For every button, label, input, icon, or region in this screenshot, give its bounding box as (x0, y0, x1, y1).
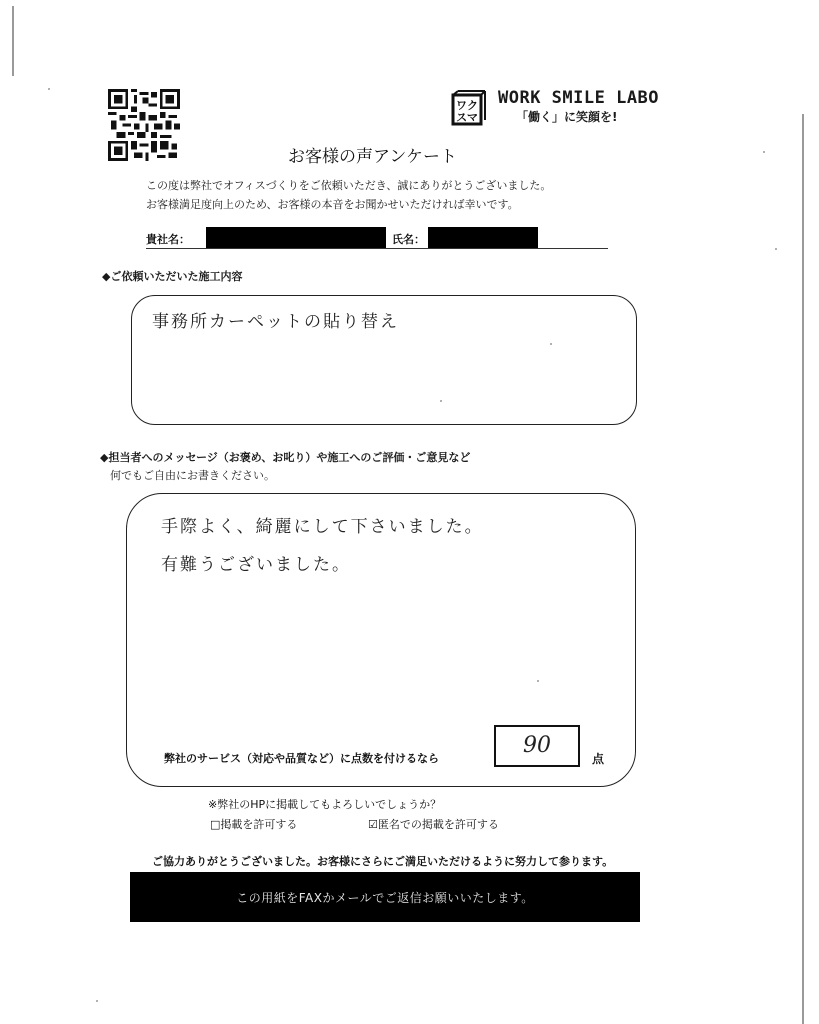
option-label: 匿名での掲載を許可する (378, 818, 499, 831)
closing-thanks: ご協力ありがとうございました。お客様にさらにご満足いただけるように努力して参りま… (152, 853, 613, 869)
message-answer-line-2: 有難うございました。 (161, 550, 351, 575)
scan-edge-right (802, 114, 804, 1024)
name-field-redacted[interactable] (428, 227, 538, 249)
score-unit: 点 (592, 750, 604, 767)
score-field[interactable]: 90 (494, 725, 580, 767)
message-label-line-1: ◆担当者へのメッセージ（お褒め、お叱り）や施工へのご評価・ご意見など (100, 449, 470, 465)
message-answer-line-1: 手際よく、綺麗にして下さいました。 (161, 512, 484, 537)
qr-code-icon (106, 89, 182, 161)
svg-text:スマ: スマ (456, 111, 478, 124)
intro-line-2: お客様満足度向上のため、お客様の本音をお聞かせいただければ幸いです。 (146, 196, 519, 212)
scan-speck (775, 248, 777, 250)
logo-title: WORK SMILE LABO (498, 88, 659, 108)
scan-speck (96, 1000, 98, 1002)
work-content-label: ◆ご依頼いただいた施工内容 (102, 268, 242, 284)
checkbox-checked-icon[interactable]: ☑ (368, 818, 378, 831)
publication-question: ※弊社のHPに掲載してもよろしいでしょうか？ (208, 796, 441, 812)
scan-speck (763, 151, 765, 153)
customer-info-row: 貴社名： 氏名： (146, 227, 608, 249)
form-title: お客様の声アンケート (288, 142, 457, 167)
score-label: 弊社のサービス（対応や品質など）に点数を付けるなら (164, 750, 439, 766)
logo-tagline: 「働く」に笑顔を! (516, 108, 617, 125)
scan-edge-left (12, 6, 14, 76)
footer-banner: この用紙をFAXかメールでご返信お願いいたします。 (130, 872, 640, 922)
footer-instruction: この用紙をFAXかメールでご返信お願いいたします。 (130, 889, 640, 906)
intro-line-1: この度は弊社でオフィスづくりをご依頼いただき、誠にありがとうございました。 (146, 177, 551, 193)
option-allow-anonymous-publication[interactable]: ☑匿名での掲載を許可する (368, 816, 499, 832)
message-label-line-2: 何でもご自由にお書きください。 (110, 467, 275, 483)
work-content-answer: 事務所カーペットの貼り替え (152, 307, 399, 332)
checkbox-unchecked-icon[interactable]: □ (210, 818, 220, 831)
field-underline (146, 248, 608, 249)
scan-speck (48, 88, 50, 90)
company-field-redacted[interactable] (206, 227, 386, 249)
wakusuma-logo-icon: ワク スマ (450, 90, 486, 128)
name-label: 氏名： (392, 231, 425, 247)
company-label: 貴社名： (146, 231, 190, 247)
company-logo: ワク スマ WORK SMILE LABO 「働く」に笑顔を! (450, 88, 660, 132)
score-value: 90 (496, 733, 578, 758)
work-content-box[interactable]: 事務所カーペットの貼り替え (131, 295, 637, 425)
option-allow-publication[interactable]: □掲載を許可する (210, 816, 297, 832)
option-label: 掲載を許可する (220, 818, 297, 831)
